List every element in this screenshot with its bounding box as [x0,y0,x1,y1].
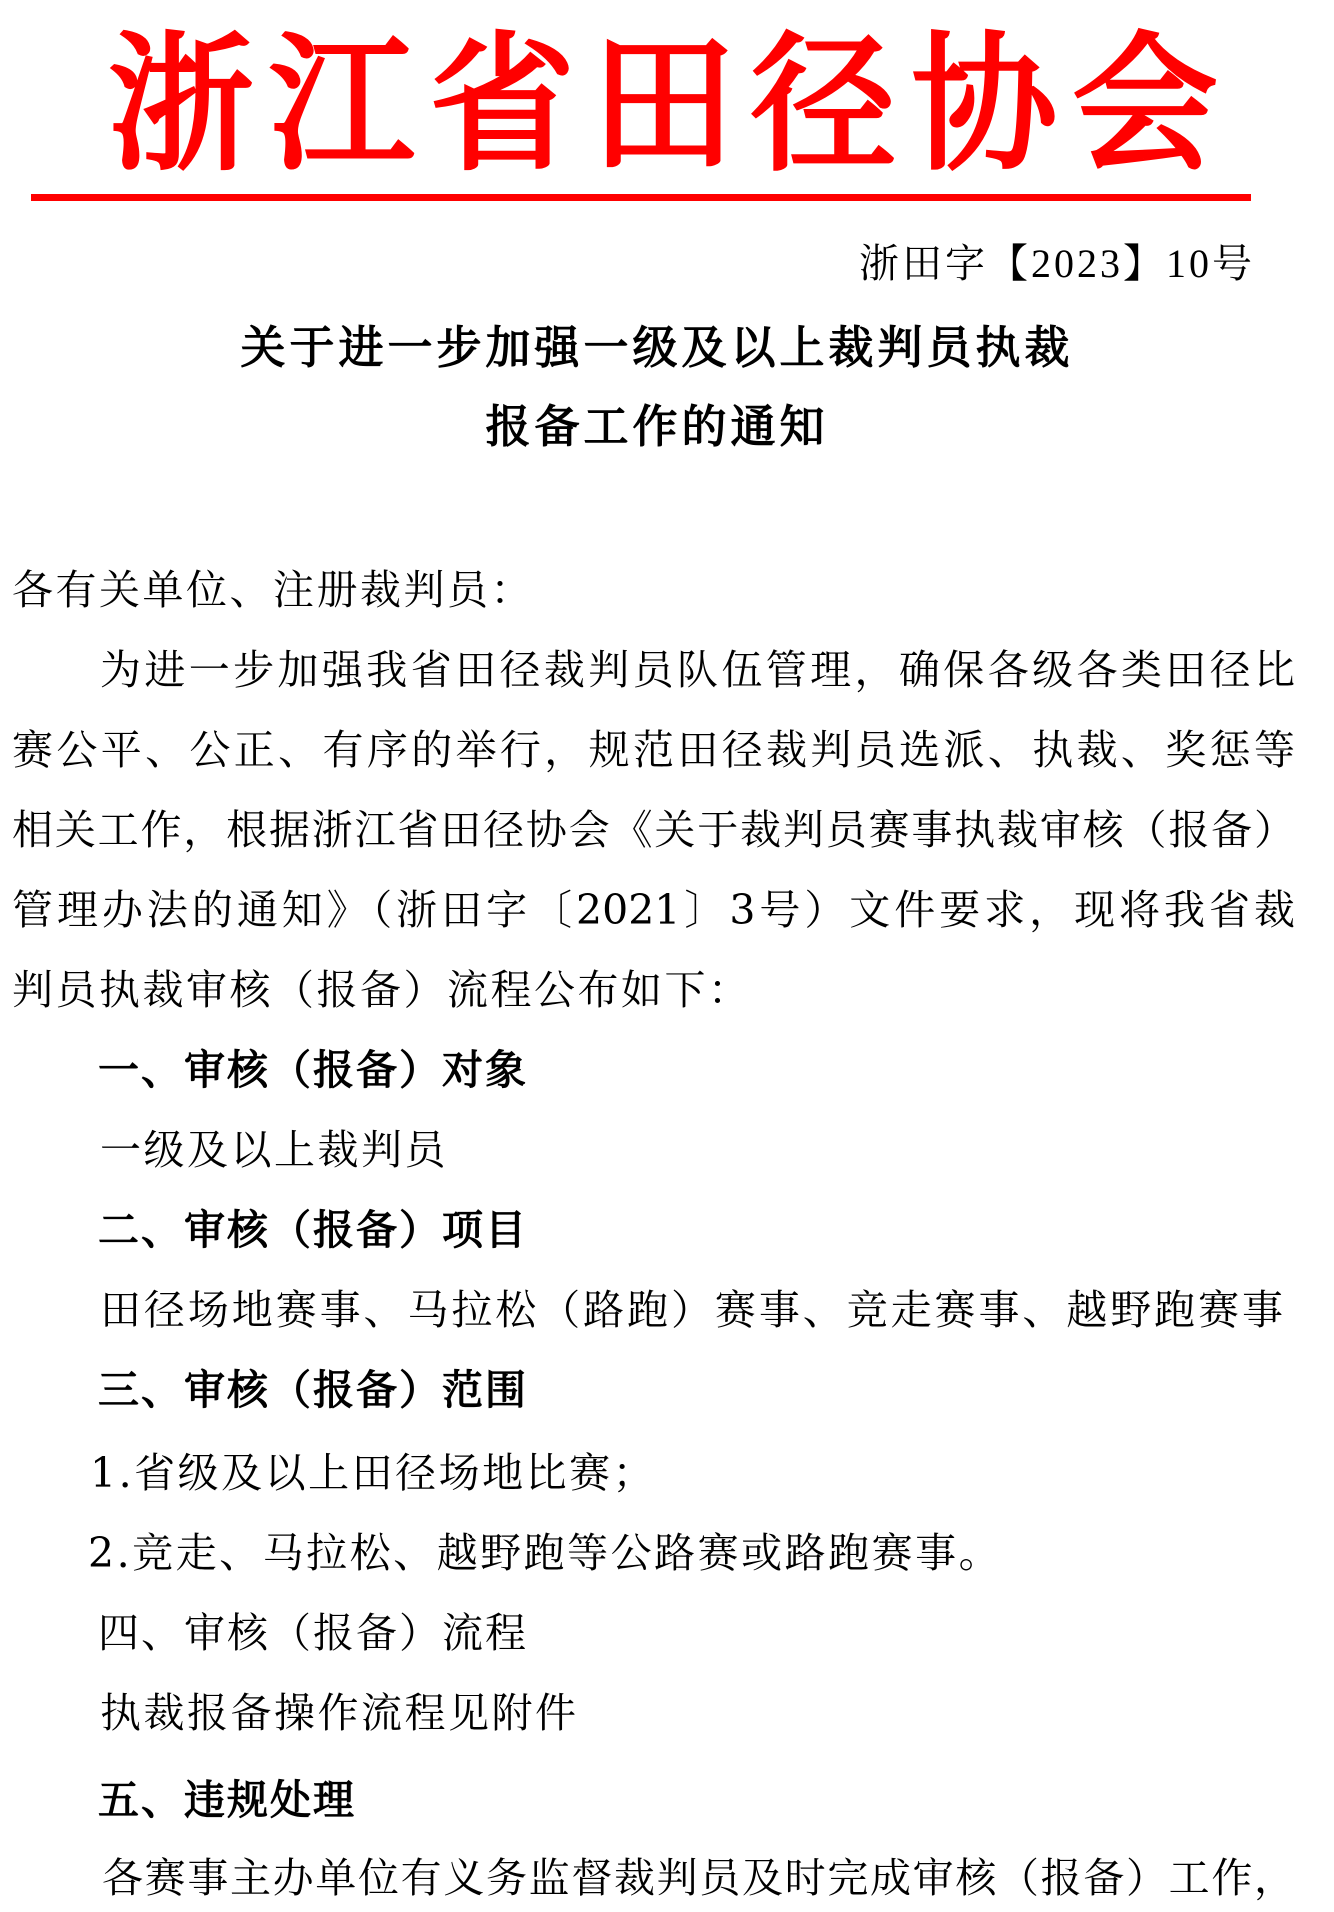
document-title-line-1: 关于进一步加强一级及以上裁判员执裁 [0,320,1314,376]
section-3-content-1: 1.省级及以上田径场地比赛； [90,1445,656,1501]
section-heading-1: 一、审核（报备）对象 [98,1042,528,1098]
document-title-line-2: 报备工作的通知 [0,399,1314,455]
intro-line-5: 判员执裁审核（报备）流程公布如下： [12,962,752,1018]
salutation: 各有关单位、注册裁判员： [12,562,534,618]
section-heading-4: 四、审核（报备）流程 [98,1605,528,1661]
intro-line-3: 相关工作，根据浙江省田径协会《关于裁判员赛事执裁审核（报备） [12,802,1295,858]
intro-line-4: 管理办法的通知》（浙田字〔2021〕3号）文件要求，现将我省裁 [12,882,1295,938]
section-3-content-2: 2.竞走、马拉松、越野跑等公路赛或路跑赛事。 [88,1525,1002,1581]
intro-line-1: 为进一步加强我省田径裁判员队伍管理，确保各级各类田径比 [100,642,1295,698]
section-1-content-1: 一级及以上裁判员 [100,1122,448,1178]
masthead-divider [31,194,1251,201]
section-heading-5: 五、违规处理 [98,1772,356,1828]
intro-line-2: 赛公平、公正、有序的举行，规范田径裁判员选派、执裁、奖惩等 [12,722,1295,778]
section-2-content-1: 田径场地赛事、马拉松（路跑）赛事、竞走赛事、越野跑赛事 [100,1282,1283,1338]
document-number: 浙田字【2023】10号 [859,240,1255,288]
section-4-content-1: 执裁报备操作流程见附件 [100,1685,579,1741]
section-heading-2: 二、审核（报备）项目 [98,1202,528,1258]
section-heading-3: 三、审核（报备）范围 [98,1362,528,1418]
section-5-content-1: 各赛事主办单位有义务监督裁判员及时完成审核（报备）工作， [102,1850,1295,1906]
masthead-org-name: 浙江省田径协会 [108,20,1218,188]
